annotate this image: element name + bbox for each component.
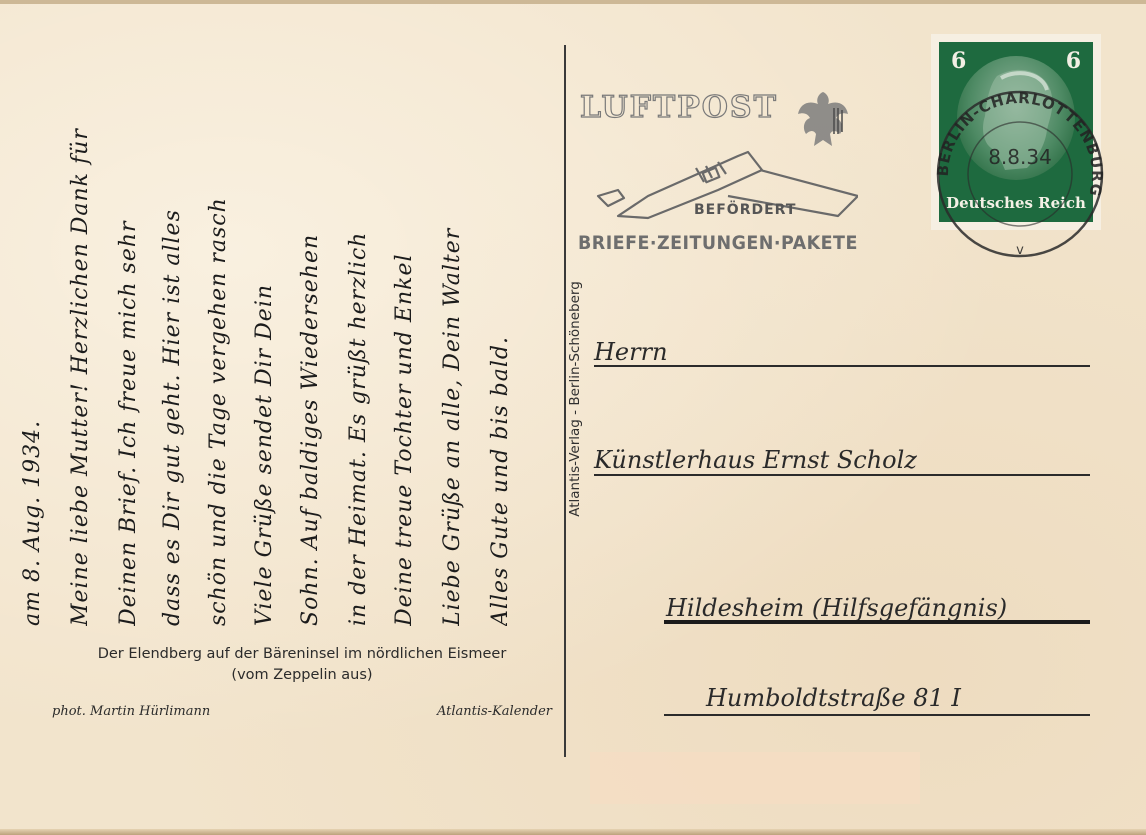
svg-text:8.8.34: 8.8.34	[988, 145, 1052, 169]
handwritten-message: am 8. Aug. 1934. Meine liebe Mutter! Her…	[10, 0, 550, 640]
message-line: Meine liebe Mutter! Herzlichen Dank für	[68, 6, 98, 626]
address-line-3: Hildesheim (Hilfsgefängnis)	[666, 594, 1007, 622]
address-rule-2	[594, 474, 1090, 476]
cancel-title: LUFTPOST	[580, 90, 778, 125]
svg-text:BERLIN-CHARLOTTENBURG: BERLIN-CHARLOTTENBURG	[934, 89, 1106, 199]
address-line-2: Künstlerhaus Ernst Scholz	[594, 446, 917, 474]
caption-title: Der Elendberg auf der Bäreninsel im nörd…	[48, 644, 556, 665]
message-line: Deinen Brief. Ich freue mich sehr	[116, 6, 146, 626]
photo-credit: phot. Martin Hürlimann	[52, 704, 210, 719]
publisher-text: Atlantis-Verlag - Berlin-Schöneberg	[567, 234, 583, 564]
cancel-line-1: BEFÖRDERT	[694, 202, 796, 218]
photo-caption: Der Elendberg auf der Bäreninsel im nörd…	[48, 644, 556, 686]
message-line: Sohn. Auf baldiges Wiedersehen	[298, 6, 328, 626]
address-line-1: Herrn	[594, 338, 668, 366]
address-line-4: Humboldtstraße 81 I	[706, 684, 961, 712]
card-edge-bottom	[0, 829, 1146, 835]
series-name: Atlantis-Kalender	[437, 704, 552, 719]
message-line: in der Heimat. Es grüßt herzlich	[346, 6, 376, 626]
address-rule-4	[664, 714, 1090, 716]
message-line: Viele Grüße sendet Dir Dein	[252, 6, 282, 626]
message-line: Deine treue Tochter und Enkel	[392, 6, 422, 626]
cancel-line-2: BRIEFE·ZEITUNGEN·PAKETE	[578, 232, 858, 254]
stamp-value-left: 6	[951, 48, 966, 74]
address-rule-1	[594, 365, 1090, 367]
postmark-icon: BERLIN-CHARLOTTENBURG 8.8.34 v	[928, 82, 1112, 266]
blank-label-area	[590, 752, 920, 804]
stamp-value-right: 6	[1066, 48, 1081, 74]
message-line: schön und die Tage vergehen rasch	[206, 6, 236, 626]
svg-text:v: v	[1016, 243, 1024, 258]
message-line: Alles Gute und bis bald.	[488, 6, 518, 626]
message-line: am 8. Aug. 1934.	[20, 6, 50, 626]
luftpost-cancellation: LUFTPOST BEFÖRDERT BRIEFE·ZEITUNGEN·PAKE…	[576, 86, 866, 266]
address-rule-3	[664, 620, 1090, 624]
center-divider	[564, 45, 566, 757]
message-line: dass es Dir gut geht. Hier ist alles	[160, 6, 190, 626]
message-line: Liebe Grüße an alle, Dein Walter	[440, 6, 470, 626]
postcard: am 8. Aug. 1934. Meine liebe Mutter! Her…	[0, 0, 1146, 835]
caption-subtitle: (vom Zeppelin aus)	[48, 665, 556, 686]
